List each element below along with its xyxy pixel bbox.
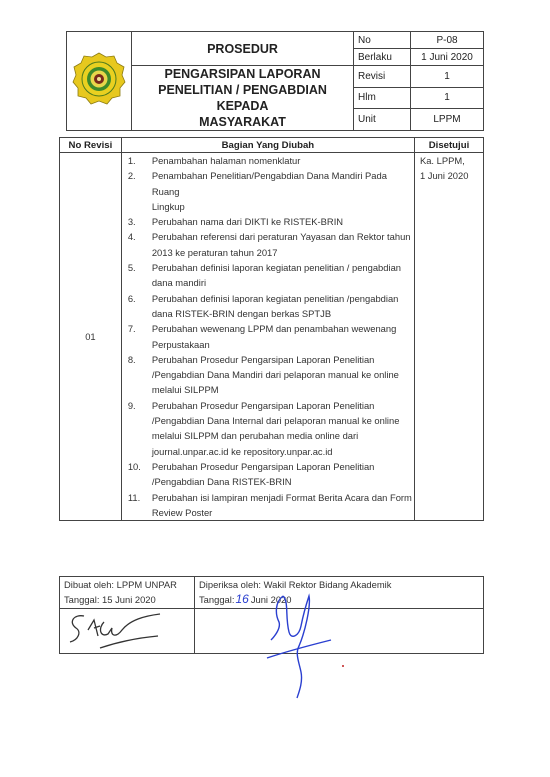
change-text-line: Perubahan definisi laporan kegiatan pene… — [152, 260, 412, 275]
change-text-line: Perubahan Prosedur Pengarsipan Laporan P… — [152, 398, 412, 413]
change-item: 7.Perubahan wewenang LPPM dan penambahan… — [128, 321, 412, 352]
change-text: Perubahan Prosedur Pengarsipan Laporan P… — [152, 352, 412, 398]
prepared-date: Tanggal: 15 Juni 2020 — [64, 592, 194, 607]
change-item: 5.Perubahan definisi laporan kegiatan pe… — [128, 260, 412, 291]
approved-date: 1 Juni 2020 — [420, 168, 483, 183]
change-number: 4. — [128, 229, 152, 260]
meta-key: No — [354, 32, 411, 49]
change-number: 8. — [128, 352, 152, 398]
procedure-label: PROSEDUR — [132, 32, 354, 66]
change-text-line: melalui SILPPM dan perubahan media onlin… — [152, 428, 412, 443]
change-text: Perubahan nama dari DIKTI ke RISTEK-BRIN — [152, 214, 412, 229]
change-text-line: Perubahan nama dari DIKTI ke RISTEK-BRIN — [152, 214, 412, 229]
change-text-line: journal.unpar.ac.id ke repository.unpar.… — [152, 444, 412, 459]
change-text-line: Perubahan isi lampiran menjadi Format Be… — [152, 490, 412, 505]
change-item: 10.Perubahan Prosedur Pengarsipan Lapora… — [128, 459, 412, 490]
title-line: PENELITIAN / PENGABDIAN KEPADA — [132, 82, 353, 114]
change-number: 11. — [128, 490, 152, 521]
checked-by: Diperiksa oleh: Wakil Rektor Bidang Akad… — [199, 577, 483, 592]
change-text-line: Perubahan wewenang LPPM dan penambahan w… — [152, 321, 412, 336]
title-line: MASYARAKAT — [132, 114, 353, 130]
column-header-bagian: Bagian Yang Diubah — [121, 138, 414, 153]
change-text-line: Perubahan definisi laporan kegiatan pene… — [152, 291, 412, 306]
change-text: Perubahan definisi laporan kegiatan pene… — [152, 260, 412, 291]
meta-value-revisi: 1 — [411, 66, 484, 88]
meta-key: Revisi — [354, 66, 411, 88]
change-item: 6.Perubahan definisi laporan kegiatan pe… — [128, 291, 412, 322]
prepared-by: Dibuat oleh: LPPM UNPAR — [64, 577, 194, 592]
change-text-line: dana RISTEK-BRIN dengan berkas SPTJB — [152, 306, 412, 321]
document-header: PROSEDUR No P-08 Berlaku 1 Juni 2020 PEN… — [66, 31, 484, 131]
change-number: 9. — [128, 398, 152, 459]
change-text: Perubahan wewenang LPPM dan penambahan w… — [152, 321, 412, 352]
meta-value-unit: LPPM — [411, 108, 484, 130]
change-item: 11.Perubahan isi lampiran menjadi Format… — [128, 490, 412, 521]
change-number: 6. — [128, 291, 152, 322]
change-number: 5. — [128, 260, 152, 291]
change-text: Penambahan Penelitian/Pengabdian Dana Ma… — [152, 168, 412, 214]
change-text: Penambahan halaman nomenklatur — [152, 153, 412, 168]
change-text: Perubahan referensi dari peraturan Yayas… — [152, 229, 412, 260]
change-text: Perubahan Prosedur Pengarsipan Laporan P… — [152, 398, 412, 459]
change-text: Perubahan Prosedur Pengarsipan Laporan P… — [152, 459, 412, 490]
change-number: 1. — [128, 153, 152, 168]
change-text-line: /Pengabdian Dana Internal dari pelaporan… — [152, 413, 412, 428]
prepared-signature — [64, 608, 174, 653]
change-text-line: Penambahan Penelitian/Pengabdian Dana Ma… — [152, 168, 412, 199]
table-row: 01 1.Penambahan halaman nomenklatur2.Pen… — [60, 153, 484, 521]
changes-cell: 1.Penambahan halaman nomenklatur2.Penamb… — [121, 153, 414, 521]
change-item: 3.Perubahan nama dari DIKTI ke RISTEK-BR… — [128, 214, 412, 229]
logo-cell — [67, 32, 132, 131]
change-text: Perubahan isi lampiran menjadi Format Be… — [152, 490, 412, 521]
document-title: PENGARSIPAN LAPORAN PENELITIAN / PENGABD… — [132, 66, 354, 131]
change-text-line: Perpustakaan — [152, 337, 412, 352]
university-seal-logo — [71, 51, 127, 107]
change-number: 2. — [128, 168, 152, 214]
change-text-line: Review Poster — [152, 505, 412, 520]
meta-key: Hlm — [354, 88, 411, 109]
change-text-line: 2013 ke peraturan tahun 2017 — [152, 245, 412, 260]
change-text-line: Perubahan Prosedur Pengarsipan Laporan P… — [152, 352, 412, 367]
change-number: 7. — [128, 321, 152, 352]
change-text-line: Perubahan referensi dari peraturan Yayas… — [152, 229, 412, 244]
change-text-line: /Pengabdian Dana RISTEK-BRIN — [152, 474, 412, 489]
change-text-line: /Pengabdian Dana Mandiri dari pelaporan … — [152, 367, 412, 382]
change-text-line: Perubahan Prosedur Pengarsipan Laporan P… — [152, 459, 412, 474]
approved-by: Ka. LPPM, — [420, 153, 483, 168]
change-item: 4.Perubahan referensi dari peraturan Yay… — [128, 229, 412, 260]
revision-number: 01 — [60, 153, 122, 521]
column-header-disetujui: Disetujui — [414, 138, 483, 153]
change-number: 10. — [128, 459, 152, 490]
changes-list: 1.Penambahan halaman nomenklatur2.Penamb… — [128, 153, 412, 520]
meta-value-no: P-08 — [411, 32, 484, 49]
revision-table: No Revisi Bagian Yang Diubah Disetujui 0… — [59, 137, 484, 521]
column-header-no-revisi: No Revisi — [60, 138, 122, 153]
checked-signature — [255, 592, 345, 700]
change-text-line: melalui SILPPM — [152, 382, 412, 397]
change-text-line: Penambahan halaman nomenklatur — [152, 153, 412, 168]
stray-dot — [342, 665, 344, 667]
handwritten-day: 16 — [235, 592, 248, 606]
prepared-cell: Dibuat oleh: LPPM UNPAR Tanggal: 15 Juni… — [60, 577, 195, 609]
meta-value-berlaku: 1 Juni 2020 — [411, 49, 484, 66]
change-number: 3. — [128, 214, 152, 229]
approved-cell: Ka. LPPM, 1 Juni 2020 — [414, 153, 483, 521]
checked-date-label: Tanggal: — [199, 594, 234, 605]
change-text-line: dana mandiri — [152, 275, 412, 290]
change-item: 2.Penambahan Penelitian/Pengabdian Dana … — [128, 168, 412, 214]
title-line: PENGARSIPAN LAPORAN — [132, 66, 353, 82]
change-text: Perubahan definisi laporan kegiatan pene… — [152, 291, 412, 322]
meta-value-hlm: 1 — [411, 88, 484, 109]
meta-key: Unit — [354, 108, 411, 130]
change-item: 1.Penambahan halaman nomenklatur — [128, 153, 412, 168]
change-item: 8.Perubahan Prosedur Pengarsipan Laporan… — [128, 352, 412, 398]
meta-key: Berlaku — [354, 49, 411, 66]
change-item: 9.Perubahan Prosedur Pengarsipan Laporan… — [128, 398, 412, 459]
change-text-line: Lingkup — [152, 199, 412, 214]
